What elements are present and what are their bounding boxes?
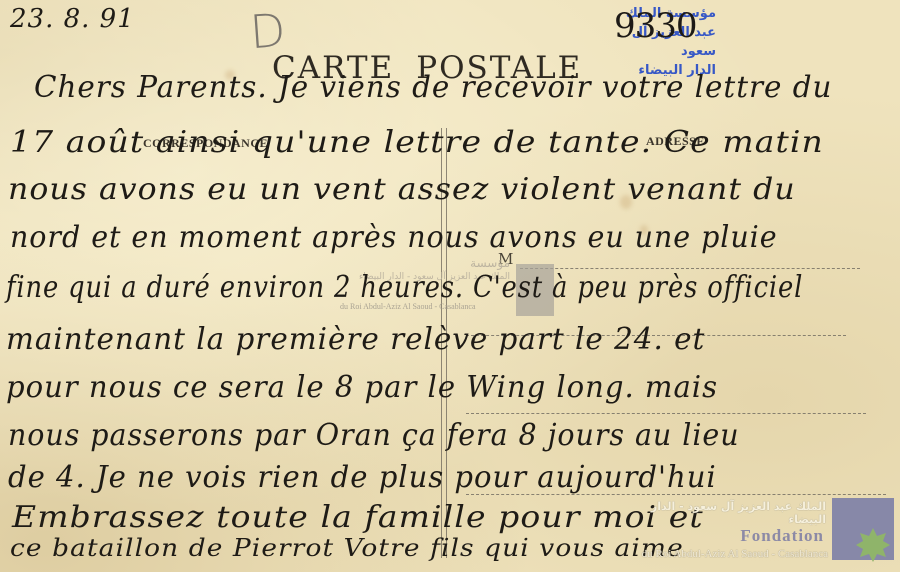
foundation-logo: الملك عبد العزيز آل سعود - الدار البيضاء… (624, 496, 894, 566)
handwritten-line: Chers Parents. Je viens de recevoir votr… (34, 70, 832, 105)
logo-name: Fondation (740, 526, 824, 546)
handwritten-line: fine qui a duré environ 2 heures. C'est … (6, 270, 803, 305)
handwritten-date: 23. 8. 91 (10, 4, 135, 34)
handwritten-line: nous passerons par Oran ça fera 8 jours … (8, 418, 740, 453)
handwritten-line: maintenant la première relève part le 24… (6, 322, 705, 357)
address-line (520, 268, 860, 269)
watermark-arabic-title: مؤسسة (470, 256, 510, 270)
handwritten-line: Embrassez toute la famille pour moi et (12, 500, 704, 535)
handwritten-line: nous avons eu un vent assez violent vena… (8, 172, 796, 207)
handwritten-line: 17 août ainsi qu'une lettre de tante. Ce… (10, 125, 824, 160)
handwritten-line: ce bataillon de Pierrot Votre fils qui v… (10, 534, 684, 562)
star-icon (856, 528, 890, 562)
handwritten-line: de 4. Je ne vois rien de plus pour aujou… (8, 460, 717, 495)
handwritten-line: nord et en moment après nous avons eu un… (10, 220, 778, 255)
archive-number: 9330 (614, 6, 697, 46)
address-line (466, 413, 866, 414)
logo-arabic: الملك عبد العزيز آل سعود - الدار البيضاء (624, 500, 826, 526)
logo-subtitle: du Roi Abdul-Aziz Al Saoud - Casablanca (642, 548, 828, 560)
pencil-mark: D (248, 3, 287, 59)
postcard-scan: CARTEPOSTALE CORRESPONDANCE ADRESSE M D … (0, 0, 900, 572)
handwritten-line: pour nous ce sera le 8 par le Wing long.… (6, 370, 718, 405)
